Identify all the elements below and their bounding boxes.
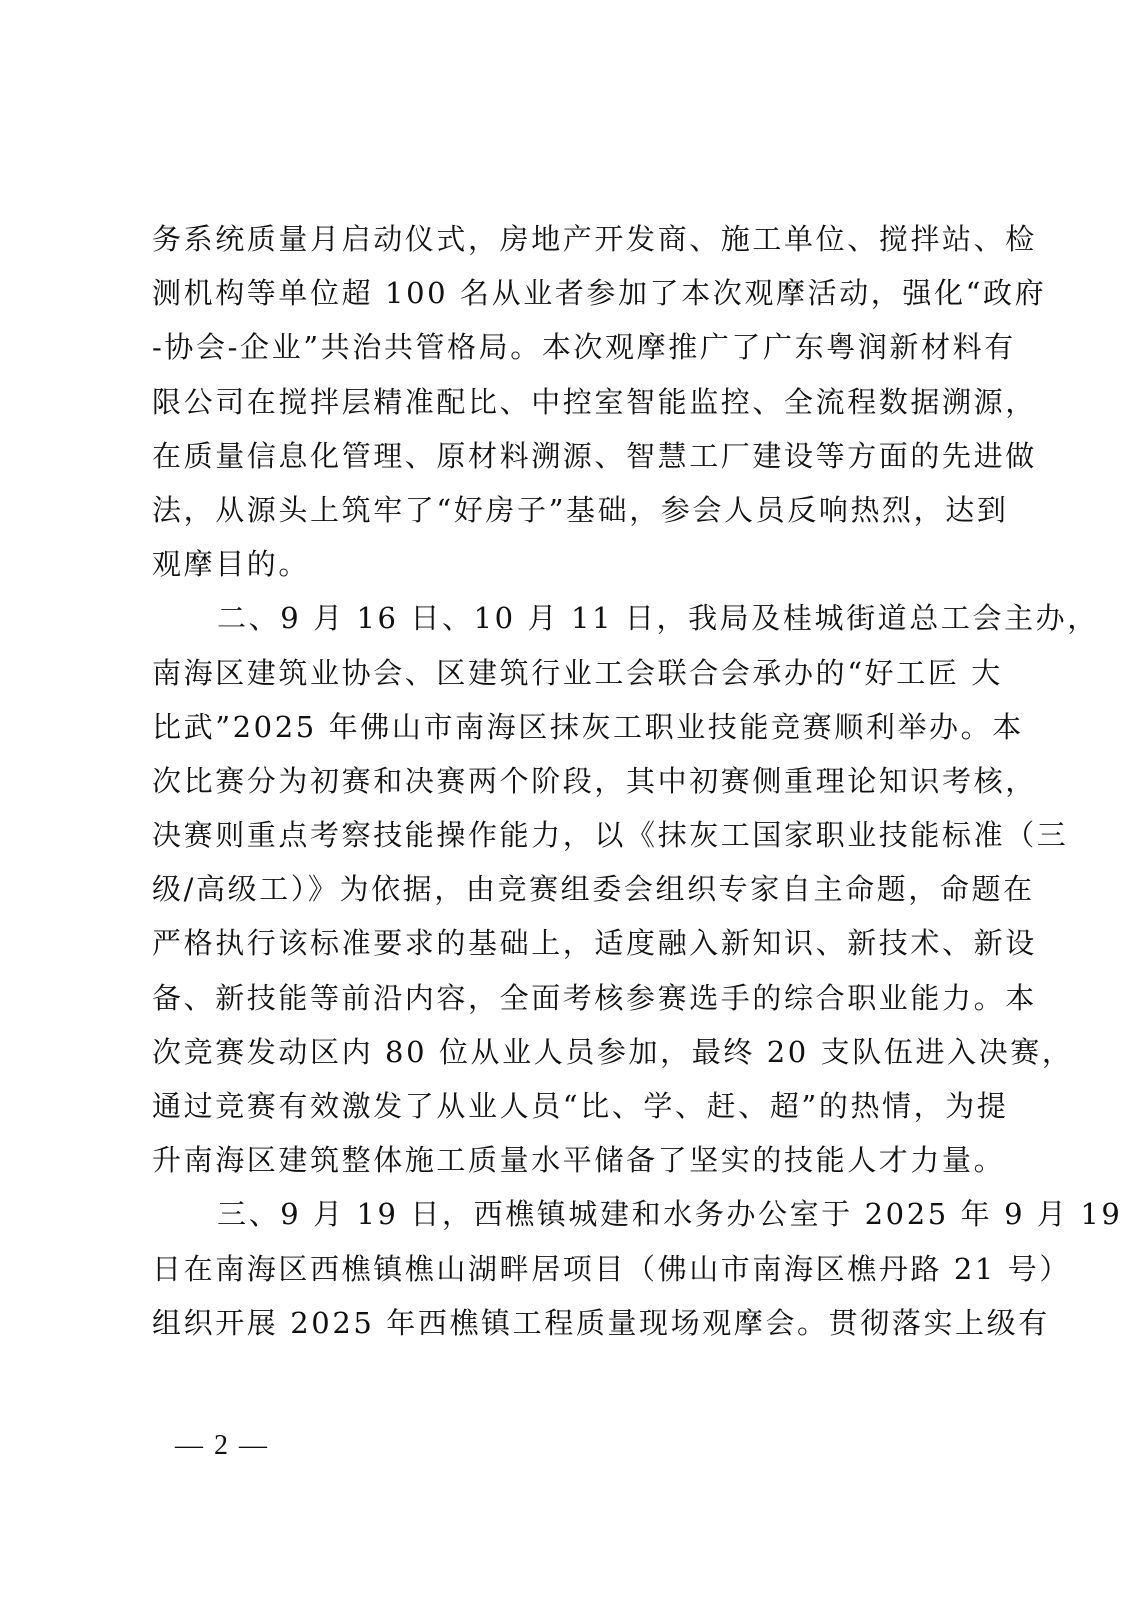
text-line: 法，从源头上筑牢了“好房子”基础，参会人员反响热烈，达到 [152,483,972,537]
text-line: 南海区建筑业协会、区建筑行业工会联合会承办的“好工匠 大 [152,646,972,700]
text-line: 日在南海区西樵镇樵山湖畔居项目（佛山市南海区樵丹路 21 号） [152,1242,972,1296]
text-line: 务系统质量月启动仪式，房地产开发商、施工单位、搅拌站、检 [152,212,972,266]
text-line: 级/高级工）》为依据，由竞赛组委会组织专家自主命题，命题在 [152,862,972,916]
text-line: 限公司在搅拌层精准配比、中控室智能监控、全流程数据溯源， [152,375,972,429]
text-line: 通过竞赛有效激发了从业人员“比、学、赶、超”的热情，为提 [152,1079,972,1133]
text-line: -协会-企业”共治共管格局。本次观摩推广了广东粤润新材料有 [152,320,972,374]
text-line: 次比赛分为初赛和决赛两个阶段，其中初赛侧重理论知识考核， [152,754,972,808]
text-line: 二、9 月 16 日、10 月 11 日，我局及桂城街道总工会主办， [152,591,972,645]
text-line: 三、9 月 19 日，西樵镇城建和水务办公室于 2025 年 9 月 19 [152,1187,972,1241]
page-number: — 2 — [175,1430,269,1462]
text-line: 决赛则重点考察技能操作能力，以《抹灰工国家职业技能标准（三 [152,808,972,862]
text-line: 严格执行该标准要求的基础上，适度融入新知识、新技术、新设 [152,916,972,970]
paragraph-continued: 务系统质量月启动仪式，房地产开发商、施工单位、搅拌站、检 测机构等单位超 100… [152,212,972,591]
text-line: 测机构等单位超 100 名从业者参加了本次观摩活动，强化“政府 [152,266,972,320]
paragraph-section-2: 二、9 月 16 日、10 月 11 日，我局及桂城街道总工会主办， 南海区建筑… [152,591,972,1187]
text-line: 次竞赛发动区内 80 位从业人员参加，最终 20 支队伍进入决赛， [152,1025,972,1079]
text-line: 升南海区建筑整体施工质量水平储备了坚实的技能人才力量。 [152,1133,972,1187]
text-line: 在质量信息化管理、原材料溯源、智慧工厂建设等方面的先进做 [152,429,972,483]
text-line: 备、新技能等前沿内容，全面考核参赛选手的综合职业能力。本 [152,971,972,1025]
document-page: 务系统质量月启动仪式，房地产开发商、施工单位、搅拌站、检 测机构等单位超 100… [0,0,1131,1600]
paragraph-section-3: 三、9 月 19 日，西樵镇城建和水务办公室于 2025 年 9 月 19 日在… [152,1187,972,1350]
text-line: 组织开展 2025 年西樵镇工程质量现场观摩会。贯彻落实上级有 [152,1296,972,1350]
text-line: 观摩目的。 [152,537,972,591]
text-line: 比武”2025 年佛山市南海区抹灰工职业技能竞赛顺利举办。本 [152,700,972,754]
body-text: 务系统质量月启动仪式，房地产开发商、施工单位、搅拌站、检 测机构等单位超 100… [152,212,972,1350]
